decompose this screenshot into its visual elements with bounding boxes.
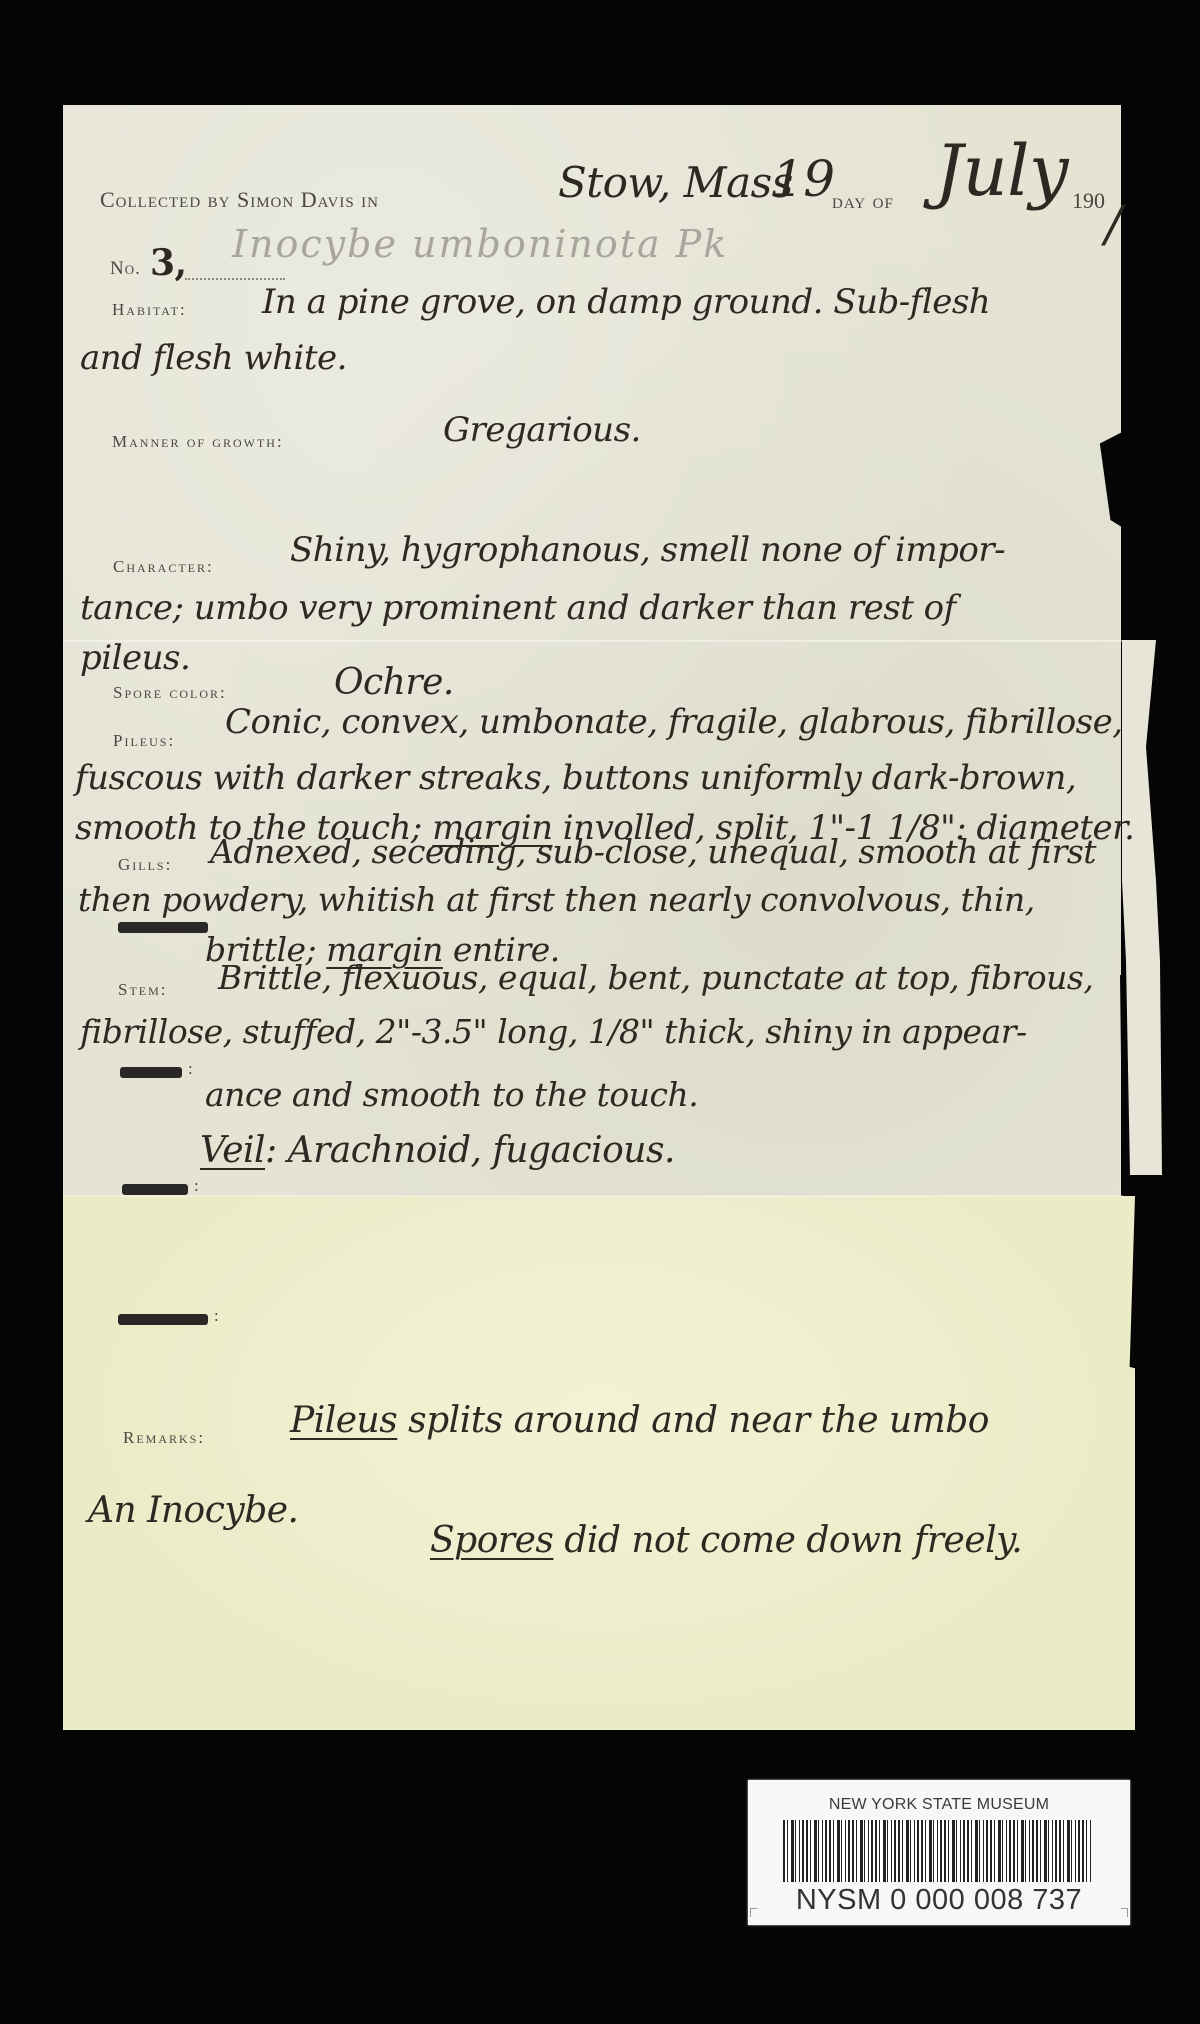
- remarks-line-2: Spores did not come down freely.: [430, 1520, 1022, 1561]
- gills-line-1: Adnexed, seceding, sub-close, unequal, s…: [210, 832, 1096, 871]
- stem-line-1: Brittle, flexuous, equal, bent, punctate…: [218, 958, 1093, 997]
- day-of-label: day of: [832, 188, 894, 214]
- veil-underlined: Veil: [200, 1130, 265, 1171]
- species-name-pencil: Inocybe umboninota Pk: [232, 222, 728, 266]
- habitat-label: Habitat:: [112, 300, 187, 320]
- spore-color-label: Spore color:: [113, 683, 227, 703]
- redacted-label: [118, 1314, 208, 1325]
- fold-line: [63, 640, 1123, 642]
- pileus-underlined: Pileus: [290, 1400, 397, 1441]
- specimen-sheet-lower: [63, 1196, 1135, 1730]
- spore-color-value: Ochre.: [334, 662, 454, 703]
- collection-place: Stow, Mass: [558, 158, 793, 207]
- label-colon: :: [194, 1176, 199, 1196]
- character-line-3: pileus.: [80, 638, 190, 678]
- collected-by-label: Collected by Simon Davis in: [100, 187, 379, 213]
- pileus-line-2: fuscous with darker streaks, buttons uni…: [75, 758, 1076, 798]
- character-line-1: Shiny, hygrophanous, smell none of impor…: [290, 530, 1005, 570]
- collection-month: July: [935, 130, 1068, 212]
- stem-line-3: ance and smooth to the touch.: [205, 1075, 698, 1114]
- specimen-number: 3,: [150, 242, 187, 284]
- crop-mark: [1121, 1908, 1128, 1917]
- pileus-line-1: Conic, convex, umbonate, fragile, glabro…: [225, 702, 1123, 742]
- number-dotted-line: [185, 278, 285, 280]
- character-label: Character:: [113, 557, 214, 577]
- habitat-line-1: In a pine grove, on damp ground. Sub-fle…: [262, 282, 990, 322]
- pileus-label: Pileus:: [113, 731, 175, 751]
- manner-of-growth-label: Manner of growth:: [112, 432, 284, 452]
- gills-label: Gills:: [118, 855, 172, 875]
- collection-day: 19: [772, 150, 835, 208]
- remarks-line-1: Pileus splits around and near the umbo: [290, 1400, 989, 1441]
- gills-line-2: then powdery, whitish at first then near…: [78, 880, 1035, 919]
- habitat-line-2: and flesh white.: [80, 338, 347, 378]
- catalog-number: NYSM 0 000 008 737: [748, 1884, 1130, 1917]
- spores-underlined: Spores: [430, 1520, 553, 1561]
- label-colon: :: [188, 1059, 193, 1079]
- veil-line: Veil: Arachnoid, fugacious.: [200, 1130, 675, 1171]
- redacted-label: [122, 1184, 188, 1195]
- label-colon: :: [214, 1306, 219, 1326]
- redacted-label: [118, 922, 208, 933]
- torn-edge-strip: [1122, 640, 1162, 1175]
- institution-name: NEW YORK STATE MUSEUM: [748, 1796, 1130, 1814]
- barcode-label: NEW YORK STATE MUSEUM NYSM 0 000 008 737: [748, 1780, 1130, 1925]
- crop-mark: [750, 1908, 757, 1917]
- stem-line-2: fibrillose, stuffed, 2"-3.5" long, 1/8" …: [80, 1012, 1027, 1051]
- fold-line: [63, 1195, 1123, 1197]
- year-prefix: 190: [1072, 188, 1105, 214]
- character-line-2: tance; umbo very prominent and darker th…: [80, 588, 956, 628]
- remarks-genus-note: An Inocybe.: [88, 1490, 299, 1531]
- stem-label: Stem:: [118, 980, 168, 1000]
- number-label: No.: [110, 258, 141, 280]
- redacted-label: [120, 1067, 182, 1078]
- remarks-label: Remarks:: [123, 1428, 205, 1448]
- year-suffix: /: [1105, 195, 1121, 253]
- manner-of-growth-value: Gregarious.: [443, 410, 641, 450]
- barcode: [783, 1820, 1091, 1882]
